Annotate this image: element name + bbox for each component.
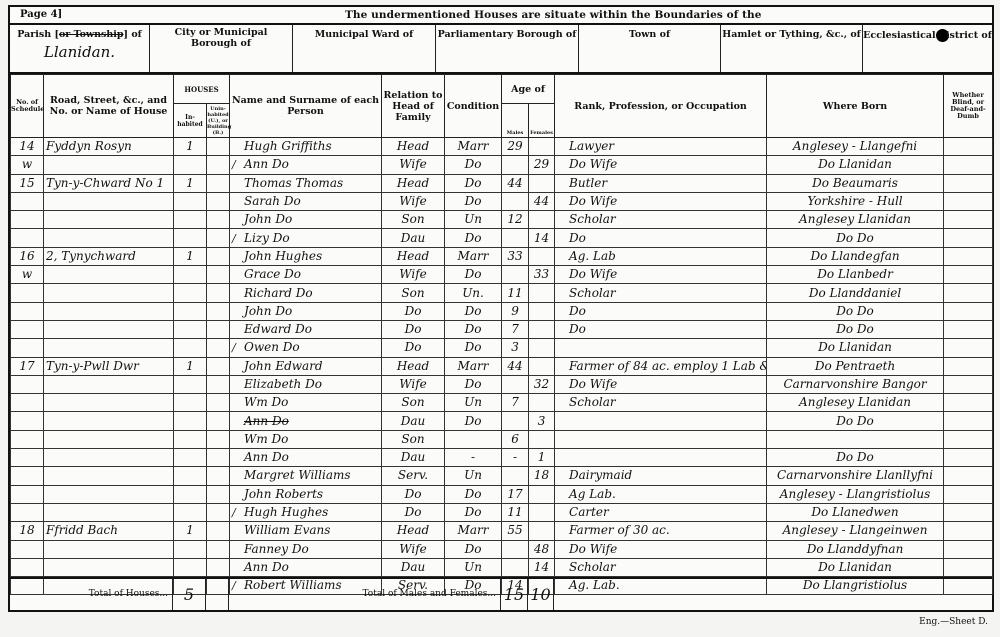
inhabited-cell [174, 339, 207, 357]
municipal-ward-label: Municipal Ward of [315, 29, 413, 40]
female-age-cell: 18 [529, 467, 555, 485]
road-cell: Tyn-y-Pwll Dwr [44, 357, 174, 375]
ecclesiastical-district-cell: Ecclesiastical istrict of [863, 25, 992, 72]
inhabited-cell [174, 192, 207, 210]
blind-deaf-cell [944, 211, 993, 229]
blind-deaf-cell [944, 540, 993, 558]
table-row: Edward DoDoDo7DoDo Do [11, 320, 993, 338]
person-name: Owen Do [244, 340, 300, 354]
road-cell: 2, Tynychward [44, 247, 174, 265]
schedule-cell [11, 302, 44, 320]
schedule-cell: 14 [11, 138, 44, 156]
relation-cell: Wife [382, 192, 445, 210]
uninhabited-cell [207, 284, 230, 302]
persons-total-label-cell: Total of Males and Females... [229, 579, 501, 610]
col-schedule: No. of Schedule [11, 75, 44, 138]
col-males: Males [502, 104, 529, 138]
relation-cell: Wife [382, 266, 445, 284]
where-born-cell: Do Llanedwen [767, 503, 944, 521]
inhabited-cell [174, 412, 207, 430]
road-cell [44, 558, 174, 576]
blind-deaf-cell [944, 266, 993, 284]
houses-total-label: Total of Houses... [89, 589, 168, 599]
female-age-cell [529, 138, 555, 156]
inhabited-cell: 1 [174, 357, 207, 375]
person-name: Richard Do [244, 286, 313, 300]
person-name: Hugh Hughes [244, 505, 328, 519]
where-born-cell: Do Do [767, 320, 944, 338]
inhabited-cell [174, 430, 207, 448]
title-row: Page 4] The undermentioned Houses are si… [10, 7, 992, 25]
table-row: Wm DoSon6 [11, 430, 993, 448]
male-age-cell: 7 [502, 394, 529, 412]
blind-deaf-cell [944, 375, 993, 393]
person-name: John Edward [244, 359, 323, 373]
female-age-cell: 14 [529, 229, 555, 247]
table-row: w/Ann DoWifeDo29Do WifeDo Llanidan [11, 156, 993, 174]
uninhabited-cell [207, 192, 230, 210]
inhabited-cell [174, 266, 207, 284]
col-occupation: Rank, Profession, or Occupation [555, 75, 767, 138]
where-born-cell: Anglesey - Llangeinwen [767, 522, 944, 540]
where-born-cell: Do Llandegfan [767, 247, 944, 265]
person-name: Ann Do [244, 414, 289, 428]
inhabited-cell: 1 [174, 138, 207, 156]
name-cell: Wm Do [230, 394, 382, 412]
page-number: Page 4] [20, 9, 62, 20]
condition-cell: Marr [445, 247, 502, 265]
tick-mark: / [232, 504, 244, 521]
schedule-cell [11, 339, 44, 357]
road-cell [44, 266, 174, 284]
where-born-cell: Do Beaumaris [767, 174, 944, 192]
tick-mark: / [232, 156, 244, 173]
female-age-cell: 48 [529, 540, 555, 558]
male-age-cell: 9 [502, 302, 529, 320]
table-row: Ann DoDauDo3Do Do [11, 412, 993, 430]
inhabited-cell [174, 467, 207, 485]
male-age-cell [502, 412, 529, 430]
census-sheet: Page 4] The undermentioned Houses are si… [8, 5, 994, 612]
road-cell [44, 302, 174, 320]
uninhabited-cell [207, 339, 230, 357]
where-born-cell: Do Llanidan [767, 558, 944, 576]
name-cell: Edward Do [230, 320, 382, 338]
where-born-cell: Do Llanbedr [767, 266, 944, 284]
relation-cell: Wife [382, 540, 445, 558]
female-age-cell: 44 [529, 192, 555, 210]
col-where-born: Where Born [767, 75, 944, 138]
totals-blank-cell [554, 579, 992, 610]
person-name: Fanney Do [244, 542, 309, 556]
relation-cell: Do [382, 503, 445, 521]
condition-cell: Marr [445, 138, 502, 156]
tick-mark: / [232, 230, 244, 247]
females-total-cell: 10 [528, 579, 554, 610]
condition-cell: Un [445, 211, 502, 229]
schedule-cell [11, 192, 44, 210]
schedule-cell: w [11, 156, 44, 174]
relation-cell: Dau [382, 558, 445, 576]
occupation-cell: Do [555, 229, 767, 247]
name-cell: Fanney Do [230, 540, 382, 558]
table-row: 162, Tynychward1John HughesHeadMarr33Ag.… [11, 247, 993, 265]
uninhabited-cell [207, 229, 230, 247]
name-cell: Grace Do [230, 266, 382, 284]
relation-cell: Dau [382, 229, 445, 247]
relation-cell: Head [382, 138, 445, 156]
blind-deaf-cell [944, 394, 993, 412]
where-born-cell: Do Llanddyfnan [767, 540, 944, 558]
female-age-cell [529, 174, 555, 192]
female-age-cell [529, 247, 555, 265]
relation-cell: Dau [382, 412, 445, 430]
person-name: Grace Do [244, 267, 301, 281]
person-name: John Hughes [244, 249, 322, 263]
ecclesiastical-label-pre: Ecclesiastical [863, 30, 939, 41]
occupation-cell [555, 430, 767, 448]
relation-cell: Son [382, 430, 445, 448]
schedule-cell [11, 211, 44, 229]
schedule-cell [11, 375, 44, 393]
tick-mark: / [232, 339, 244, 356]
female-age-cell [529, 522, 555, 540]
where-born-cell: Yorkshire - Hull [767, 192, 944, 210]
male-age-cell: 55 [502, 522, 529, 540]
city-borough-label: City or Municipal Borough of [175, 27, 268, 49]
municipal-ward-cell: Municipal Ward of [293, 25, 436, 72]
male-age-cell: 3 [502, 339, 529, 357]
col-blind-deaf: Whether Blind, or Deaf-and-Dumb [944, 75, 993, 138]
schedule-cell [11, 320, 44, 338]
blind-deaf-cell [944, 522, 993, 540]
uninhabited-cell [207, 211, 230, 229]
table-row: 18Ffridd Bach1William EvansHeadMarr55Far… [11, 522, 993, 540]
person-name: Ann Do [244, 560, 289, 574]
where-born-cell: Do Llanddaniel [767, 284, 944, 302]
table-row: 15Tyn-y-Chward No 11Thomas ThomasHeadDo4… [11, 174, 993, 192]
female-age-cell [529, 320, 555, 338]
parish-label-pre: Parish [ [17, 29, 59, 40]
condition-cell: Do [445, 412, 502, 430]
female-age-cell [529, 284, 555, 302]
male-age-cell [502, 467, 529, 485]
person-name: Wm Do [244, 432, 288, 446]
inhabited-cell: 1 [174, 247, 207, 265]
occupation-cell: Lawyer [555, 138, 767, 156]
where-born-cell: Do Do [767, 302, 944, 320]
road-cell [44, 503, 174, 521]
male-age-cell: 33 [502, 247, 529, 265]
hamlet-label: Hamlet or Tything, &c., of [722, 29, 861, 40]
road-cell [44, 467, 174, 485]
name-cell: Ann Do [230, 449, 382, 467]
town-cell: Town of [579, 25, 721, 72]
table-row: /Hugh HughesDoDo11CarterDo Llanedwen [11, 503, 993, 521]
female-age-cell: 29 [529, 156, 555, 174]
inhabited-cell [174, 449, 207, 467]
census-rows: 14Fyddyn Rosyn1Hugh GriffithsHeadMarr29L… [11, 138, 993, 595]
occupation-cell: Scholar [555, 284, 767, 302]
blind-deaf-cell [944, 449, 993, 467]
relation-cell: Dau [382, 449, 445, 467]
female-age-cell [529, 302, 555, 320]
female-age-cell: 32 [529, 375, 555, 393]
inhabited-cell [174, 211, 207, 229]
name-cell: Ann Do [230, 558, 382, 576]
name-cell: Wm Do [230, 430, 382, 448]
female-age-cell [529, 339, 555, 357]
inhabited-cell [174, 485, 207, 503]
blind-deaf-cell [944, 156, 993, 174]
occupation-cell: Do Wife [555, 266, 767, 284]
table-row: wGrace DoWifeDo33Do WifeDo Llanbedr [11, 266, 993, 284]
occupation-cell: Butler [555, 174, 767, 192]
person-name: John Do [244, 304, 292, 318]
blind-deaf-cell [944, 412, 993, 430]
occupation-cell [555, 339, 767, 357]
where-born-cell: Do Pentraeth [767, 357, 944, 375]
inhabited-cell [174, 540, 207, 558]
city-borough-cell: City or Municipal Borough of [150, 25, 293, 72]
blind-deaf-cell [944, 229, 993, 247]
condition-cell: Do [445, 320, 502, 338]
parish-value: Llanidan. [10, 47, 149, 58]
male-age-cell: 11 [502, 503, 529, 521]
name-cell: John Hughes [230, 247, 382, 265]
uninhabited-cell [207, 503, 230, 521]
col-road: Road, Street, &c., and No. or Name of Ho… [44, 75, 174, 138]
road-cell [44, 430, 174, 448]
females-total: 10 [528, 585, 553, 604]
condition-cell: Do [445, 540, 502, 558]
road-cell [44, 229, 174, 247]
occupation-cell: Do [555, 320, 767, 338]
male-age-cell: 6 [502, 430, 529, 448]
name-cell: /Ann Do [230, 156, 382, 174]
road-cell [44, 449, 174, 467]
male-age-cell: 11 [502, 284, 529, 302]
totals-row: Total of Houses... 5 Total of Males and … [10, 577, 992, 610]
where-born-cell [767, 430, 944, 448]
male-age-cell: 44 [502, 174, 529, 192]
where-born-cell: Anglesey - Llangefni [767, 138, 944, 156]
schedule-cell [11, 558, 44, 576]
uninhabited-cell [207, 156, 230, 174]
relation-cell: Head [382, 522, 445, 540]
table-row: Elizabeth DoWifeDo32Do WifeCarnarvonshir… [11, 375, 993, 393]
male-age-cell [502, 266, 529, 284]
inhabited-cell [174, 503, 207, 521]
table-row: Sarah DoWifeDo44Do WifeYorkshire - Hull [11, 192, 993, 210]
uninhabited-cell [207, 357, 230, 375]
blind-deaf-cell [944, 467, 993, 485]
name-cell: William Evans [230, 522, 382, 540]
female-age-cell: 14 [529, 558, 555, 576]
col-females: Females [529, 104, 555, 138]
name-cell: /Owen Do [230, 339, 382, 357]
occupation-cell: Ag. Lab [555, 247, 767, 265]
road-cell [44, 339, 174, 357]
schedule-cell: w [11, 266, 44, 284]
condition-cell: Do [445, 266, 502, 284]
occupation-cell: Scholar [555, 394, 767, 412]
schedule-cell [11, 503, 44, 521]
census-grid: No. of Schedule Road, Street, &c., and N… [10, 74, 992, 595]
road-cell: Fyddyn Rosyn [44, 138, 174, 156]
person-name: Elizabeth Do [244, 377, 322, 391]
houses-inhabited-total-cell: 5 [173, 579, 206, 610]
uninhabited-cell [207, 449, 230, 467]
occupation-cell: Farmer of 84 ac. employ 1 Lab & boy [555, 357, 767, 375]
condition-cell: Un [445, 394, 502, 412]
blind-deaf-cell [944, 284, 993, 302]
males-total-cell: 15 [501, 579, 528, 610]
parliamentary-borough-cell: Parliamentary Borough of [436, 25, 579, 72]
male-age-cell: 44 [502, 357, 529, 375]
occupation-cell: Dairymaid [555, 467, 767, 485]
name-cell: /Lizy Do [230, 229, 382, 247]
female-age-cell: 1 [529, 449, 555, 467]
female-age-cell [529, 503, 555, 521]
relation-cell: Son [382, 284, 445, 302]
inhabited-cell: 1 [174, 522, 207, 540]
schedule-cell [11, 485, 44, 503]
persons-total-label: Total of Males and Females... [363, 589, 497, 599]
uninhabited-cell [207, 412, 230, 430]
uninhabited-cell [207, 375, 230, 393]
male-age-cell: 17 [502, 485, 529, 503]
table-row: John DoDoDo9DoDo Do [11, 302, 993, 320]
ecclesiastical-label-post: istrict of [946, 30, 992, 41]
blind-deaf-cell [944, 485, 993, 503]
occupation-cell [555, 449, 767, 467]
condition-cell: Do [445, 503, 502, 521]
table-row: Ann DoDau--1Do Do [11, 449, 993, 467]
person-name: John Roberts [244, 487, 323, 501]
occupation-cell: Scholar [555, 558, 767, 576]
schedule-cell [11, 430, 44, 448]
schedule-cell: 15 [11, 174, 44, 192]
condition-cell: Do [445, 174, 502, 192]
road-cell [44, 211, 174, 229]
col-houses: HOUSES [174, 75, 230, 104]
condition-cell: Un [445, 558, 502, 576]
female-age-cell [529, 211, 555, 229]
table-row: /Owen DoDoDo3Do Llanidan [11, 339, 993, 357]
blind-deaf-cell [944, 302, 993, 320]
condition-cell: Do [445, 339, 502, 357]
name-cell: John Roberts [230, 485, 382, 503]
schedule-cell: 18 [11, 522, 44, 540]
where-born-cell: Carnarvonshire Bangor [767, 375, 944, 393]
blind-deaf-cell [944, 339, 993, 357]
name-cell: Margret Williams [230, 467, 382, 485]
schedule-cell: 16 [11, 247, 44, 265]
female-age-cell: 3 [529, 412, 555, 430]
table-row: Fanney DoWifeDo48Do WifeDo Llanddyfnan [11, 540, 993, 558]
table-row: 17Tyn-y-Pwll Dwr1John EdwardHeadMarr44Fa… [11, 357, 993, 375]
where-born-cell: Do Do [767, 229, 944, 247]
schedule-cell: 17 [11, 357, 44, 375]
name-cell: Hugh Griffiths [230, 138, 382, 156]
person-name: Margret Williams [244, 468, 351, 482]
col-name: Name and Surname of each Person [230, 75, 382, 138]
table-row: Ann DoDauUn14ScholarDo Llanidan [11, 558, 993, 576]
road-cell [44, 540, 174, 558]
name-cell: /Hugh Hughes [230, 503, 382, 521]
inhabited-cell: 1 [174, 174, 207, 192]
male-age-cell: - [502, 449, 529, 467]
person-name: Lizy Do [244, 231, 290, 245]
blind-deaf-cell [944, 357, 993, 375]
blind-deaf-cell [944, 247, 993, 265]
male-age-cell [502, 229, 529, 247]
relation-cell: Serv. [382, 467, 445, 485]
hamlet-cell: Hamlet or Tything, &c., of [721, 25, 863, 72]
houses-total-label-cell: Total of Houses... [10, 579, 173, 610]
person-name: Hugh Griffiths [244, 139, 332, 153]
uninhabited-cell [207, 467, 230, 485]
uninhabited-cell [207, 540, 230, 558]
uninhabited-cell [207, 247, 230, 265]
male-age-cell [502, 558, 529, 576]
uninhabited-cell [207, 138, 230, 156]
males-total: 15 [501, 585, 527, 604]
uninhabited-cell [207, 522, 230, 540]
inhabited-cell [174, 302, 207, 320]
name-cell: John Do [230, 302, 382, 320]
road-cell [44, 375, 174, 393]
inhabited-cell [174, 394, 207, 412]
uninhabited-cell [207, 174, 230, 192]
houses-inhabited-total: 5 [173, 585, 205, 604]
occupation-cell: Do Wife [555, 156, 767, 174]
male-age-cell [502, 375, 529, 393]
schedule-cell [11, 540, 44, 558]
occupation-cell: Scholar [555, 211, 767, 229]
occupation-cell: Carter [555, 503, 767, 521]
condition-cell: Un. [445, 284, 502, 302]
inhabited-cell [174, 156, 207, 174]
person-name: Ann Do [244, 157, 289, 171]
uninhabited-cell [207, 266, 230, 284]
relation-cell: Son [382, 394, 445, 412]
col-age-of: Age of [502, 75, 555, 104]
female-age-cell [529, 394, 555, 412]
male-age-cell: 12 [502, 211, 529, 229]
occupation-cell: Do Wife [555, 540, 767, 558]
male-age-cell: 29 [502, 138, 529, 156]
occupation-cell: Do [555, 302, 767, 320]
table-row: Margret WilliamsServ.Un18DairymaidCarnar… [11, 467, 993, 485]
blind-deaf-cell [944, 192, 993, 210]
census-table: No. of Schedule Road, Street, &c., and N… [10, 74, 993, 595]
where-born-cell: Do Llanidan [767, 156, 944, 174]
inhabited-cell [174, 375, 207, 393]
schedule-cell [11, 467, 44, 485]
condition-cell: Un [445, 467, 502, 485]
table-row: John RobertsDoDo17Ag Lab.Anglesey - Llan… [11, 485, 993, 503]
parish-label-strike: or Township [59, 29, 124, 40]
uninhabited-cell [207, 558, 230, 576]
occupation-cell [555, 412, 767, 430]
blind-deaf-cell [944, 503, 993, 521]
blind-deaf-cell [944, 320, 993, 338]
inhabited-cell [174, 320, 207, 338]
parliamentary-borough-label: Parliamentary Borough of [438, 29, 577, 40]
schedule-cell [11, 229, 44, 247]
